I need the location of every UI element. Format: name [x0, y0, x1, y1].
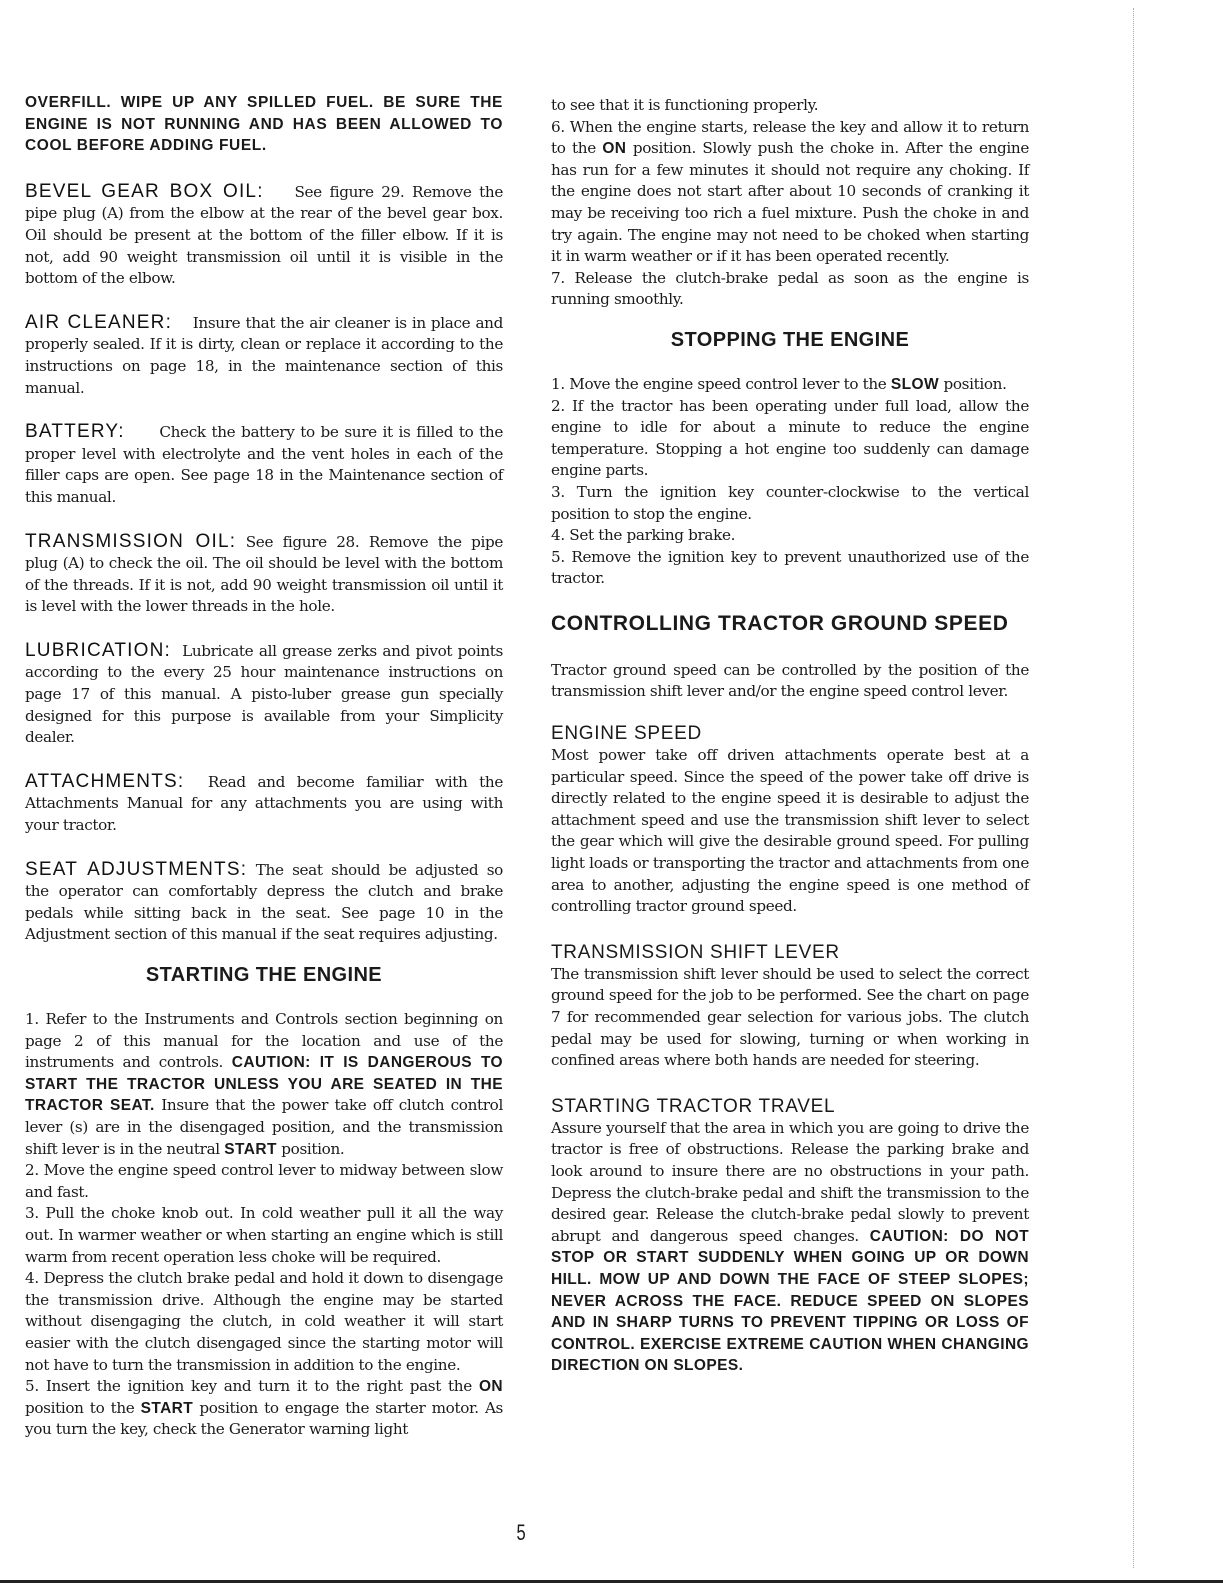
ground-speed-text: Tractor ground speed can be controlled b…	[551, 660, 1029, 703]
section-label: AIR CLEANER:	[25, 312, 172, 333]
travel-text: Assure yourself that the area in which y…	[551, 1119, 1029, 1245]
step-text: position to the	[25, 1399, 141, 1417]
section-label: BEVEL GEAR BOX OIL:	[25, 181, 264, 202]
start-step-2: 2. Move the engine speed control lever t…	[25, 1160, 503, 1203]
engine-speed-text: Most power take off driven attachments o…	[551, 745, 1029, 918]
stop-step-4: 4. Set the parking brake.	[551, 525, 1029, 547]
step-text: 5. Insert the ignition key and turn it t…	[25, 1377, 479, 1395]
seat-adjustments-section: SEAT ADJUSTMENTS: The seat should be adj…	[25, 859, 503, 946]
controlling-ground-speed-heading: CONTROLLING TRACTOR GROUND SPEED	[551, 612, 1029, 636]
start-step-1: 1. Refer to the Instruments and Controls…	[25, 1009, 503, 1160]
bevel-gear-box-oil-section: BEVEL GEAR BOX OIL: See figure 29. Remov…	[25, 181, 503, 290]
stop-step-3: 3. Turn the ignition key counter-clockwi…	[551, 482, 1029, 525]
start-step-3: 3. Pull the choke knob out. In cold weat…	[25, 1203, 503, 1268]
stop-step-5: 5. Remove the ignition key to prevent un…	[551, 547, 1029, 590]
section-label: TRANSMISSION OIL:	[25, 531, 236, 552]
transmission-shift-lever-text: The transmission shift lever should be u…	[551, 964, 1029, 1072]
start-keyword: START	[224, 1141, 277, 1158]
start-step-7: 7. Release the clutch-brake pedal as soo…	[551, 268, 1029, 311]
left-column: OVERFILL. WIPE UP ANY SPILLED FUEL. BE S…	[25, 92, 503, 1441]
air-cleaner-section: AIR CLEANER: Insure that the air cleaner…	[25, 312, 503, 399]
right-column: to see that it is functioning properly. …	[551, 95, 1029, 1377]
transmission-shift-lever-heading: TRANSMISSION SHIFT LEVER	[551, 942, 1029, 964]
slow-keyword: SLOW	[891, 376, 939, 393]
stop-step-2: 2. If the tractor has been operating und…	[551, 396, 1029, 482]
step-text: 1. Move the engine speed control lever t…	[551, 375, 891, 393]
transmission-oil-section: TRANSMISSION OIL: See figure 28. Remove …	[25, 531, 503, 618]
fuel-warning: OVERFILL. WIPE UP ANY SPILLED FUEL. BE S…	[25, 92, 503, 157]
stop-step-1: 1. Move the engine speed control lever t…	[551, 374, 1029, 396]
starting-the-engine-heading: STARTING THE ENGINE	[25, 964, 503, 987]
attachments-section: ATTACHMENTS: Read and become familiar wi…	[25, 771, 503, 837]
start-step-5: 5. Insert the ignition key and turn it t…	[25, 1376, 503, 1441]
section-label: LUBRICATION:	[25, 640, 171, 661]
step-text: position. Slowly push the choke in. Afte…	[551, 139, 1029, 265]
slope-caution: CAUTION: DO NOT STOP OR START SUDDENLY W…	[551, 1228, 1029, 1375]
step-text: position.	[939, 375, 1007, 393]
section-label: BATTERY:	[25, 421, 125, 442]
page-number: 5	[517, 1520, 526, 1546]
section-label: ATTACHMENTS:	[25, 771, 184, 792]
start-step-4: 4. Depress the clutch brake pedal and ho…	[25, 1268, 503, 1376]
section-label: SEAT ADJUSTMENTS:	[25, 859, 247, 880]
battery-section: BATTERY: Check the battery to be sure it…	[25, 421, 503, 508]
on-keyword: ON	[479, 1378, 503, 1395]
starting-tractor-travel-text: Assure yourself that the area in which y…	[551, 1118, 1029, 1377]
lubrication-section: LUBRICATION: Lubricate all grease zerks …	[25, 640, 503, 749]
step-text: position.	[277, 1140, 345, 1158]
stopping-the-engine-heading: STOPPING THE ENGINE	[551, 329, 1029, 352]
start-step-6: 6. When the engine starts, release the k…	[551, 117, 1029, 268]
starting-tractor-travel-heading: STARTING TRACTOR TRAVEL	[551, 1096, 1029, 1118]
step-5-continuation: to see that it is functioning properly.	[551, 95, 1029, 117]
scan-edge-artifact	[1133, 8, 1135, 1568]
engine-speed-heading: ENGINE SPEED	[551, 723, 1029, 745]
on-keyword: ON	[602, 140, 626, 157]
start-keyword: START	[141, 1400, 194, 1417]
